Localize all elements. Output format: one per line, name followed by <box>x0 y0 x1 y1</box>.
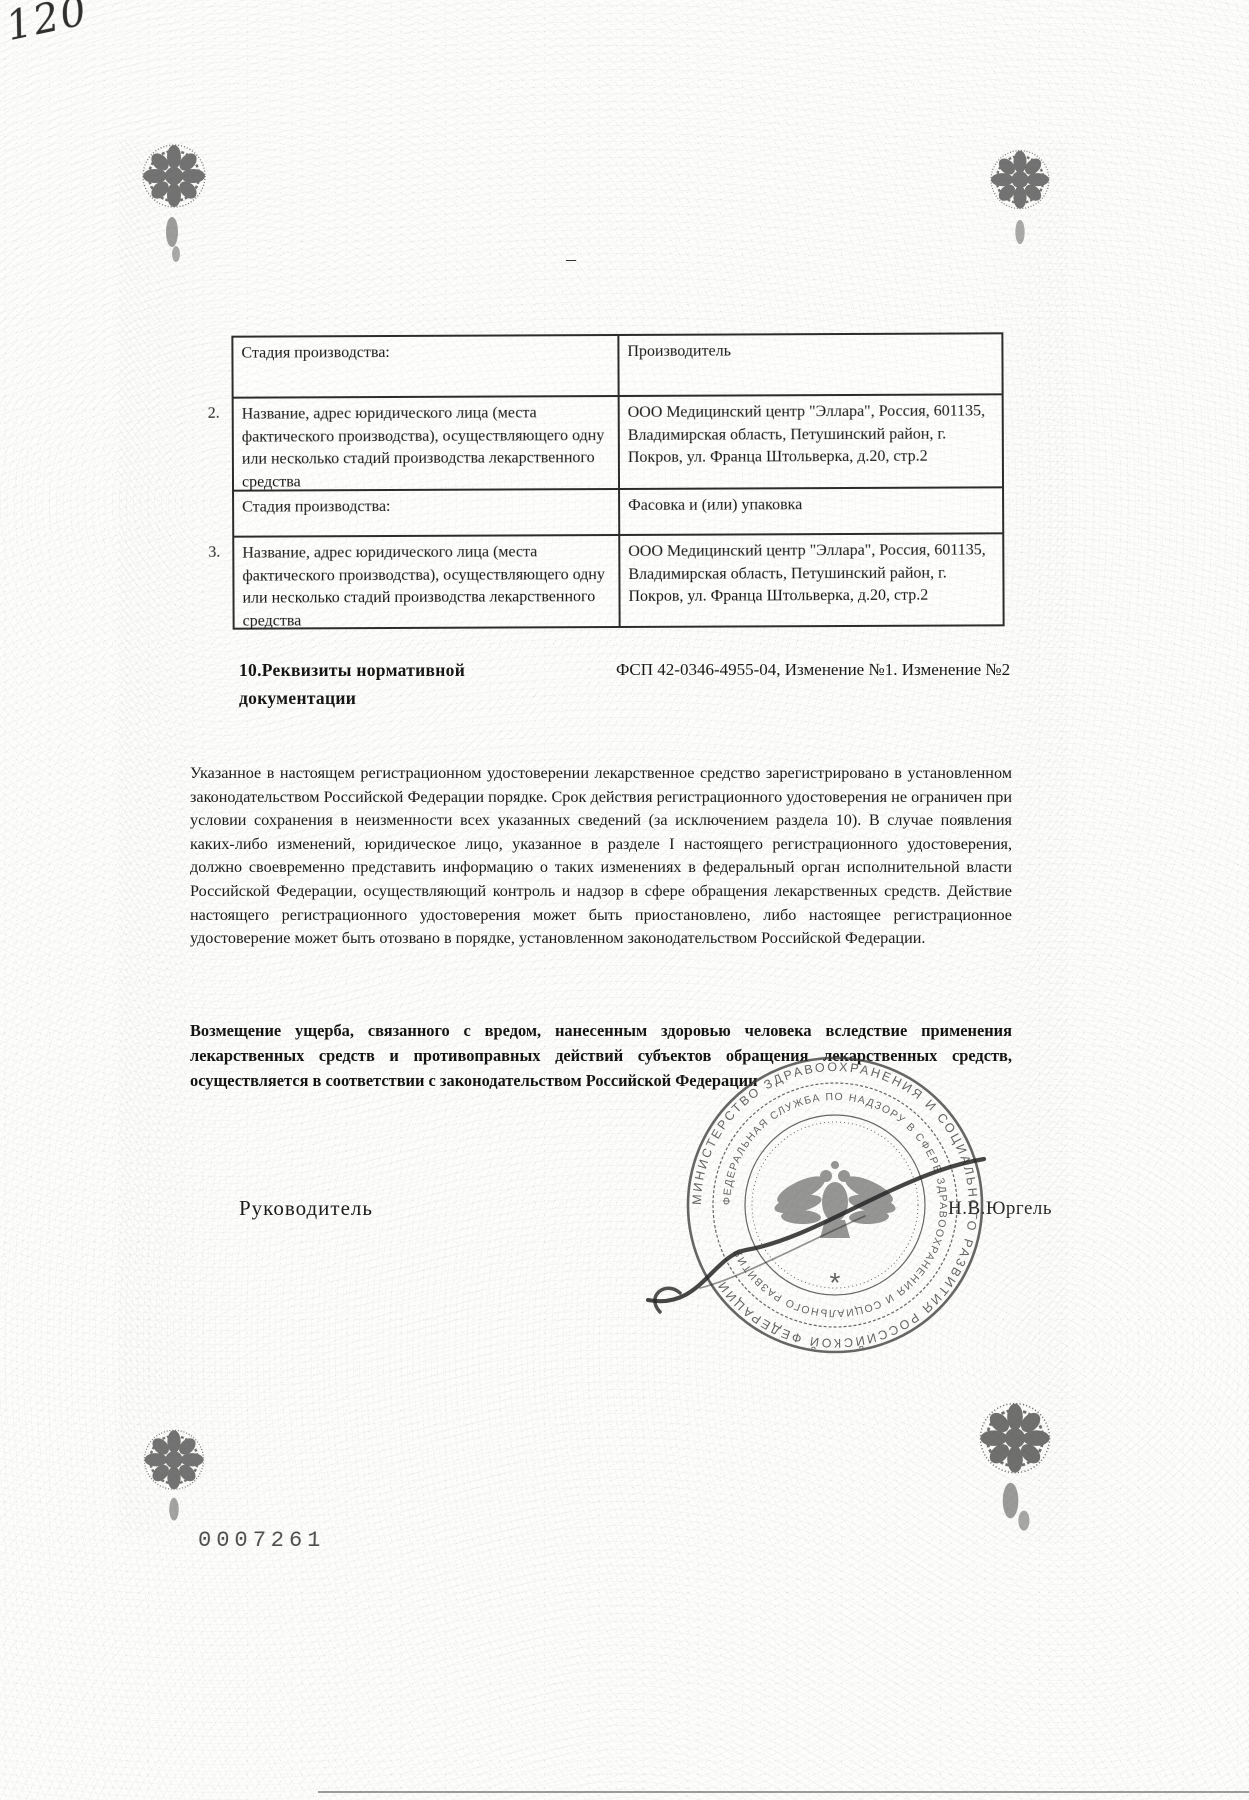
signature-role-label: Руководитель <box>239 1196 373 1221</box>
cell-stage-label: Стадия производства: <box>234 490 620 536</box>
cell-legal-entity-label: Название, адрес юридического лица (места… <box>234 397 620 490</box>
corner-ornament-icon <box>966 1398 1064 1534</box>
cell-manufacturer-header: Производитель <box>619 334 1001 395</box>
top-page-mark: – <box>566 248 576 271</box>
cell-manufacturer-address: ООО Медицинский центр "Эллара", Россия, … <box>620 395 1002 488</box>
cell-stage-label: Стадия производства: <box>233 336 619 397</box>
section-10-title: 10.Реквизиты нормативной документации <box>239 656 529 712</box>
production-table: Стадия производства: Производитель 2. На… <box>231 332 1004 629</box>
stamp-center-mark: * <box>830 1267 841 1298</box>
cell-stage-value: Фасовка и (или) упаковка <box>620 488 1002 534</box>
section-10-nd-requisites: ФСП 42-0346-4955-04, Изменение №1. Измен… <box>616 656 1016 684</box>
table-row: 2. Название, адрес юридического лица (ме… <box>234 395 1002 491</box>
double-headed-eagle-icon <box>773 1161 897 1238</box>
handwritten-page-number: 120 <box>2 0 92 50</box>
document-serial-number: 0007261 <box>198 1528 326 1553</box>
cell-manufacturer-address: ООО Медицинский центр "Эллара", Россия, … <box>620 534 1002 626</box>
table-row: Стадия производства: Фасовка и (или) упа… <box>234 488 1002 537</box>
table-row: Стадия производства: Производитель <box>233 334 1001 398</box>
registration-legal-paragraph: Указанное в настоящем регистрационном уд… <box>190 762 1012 951</box>
corner-ornament-icon <box>134 140 214 262</box>
cell-legal-entity-label: Название, адрес юридического лица (места… <box>234 536 620 628</box>
table-row: 3. Название, адрес юридического лица (ме… <box>234 534 1002 627</box>
bottom-scan-line <box>318 1791 1249 1793</box>
scanned-certificate-page: 120 – Стадия производства: Производитель… <box>0 0 1249 1800</box>
corner-ornament-icon <box>980 146 1060 260</box>
official-stamp: МИНИСТЕРСТВО ЗДРАВООХРАНЕНИЯ И СОЦИАЛЬНО… <box>640 1040 1000 1370</box>
row-number: 3. <box>208 544 230 562</box>
corner-ornament-icon <box>134 1416 214 1532</box>
row-number: 2. <box>208 405 230 423</box>
